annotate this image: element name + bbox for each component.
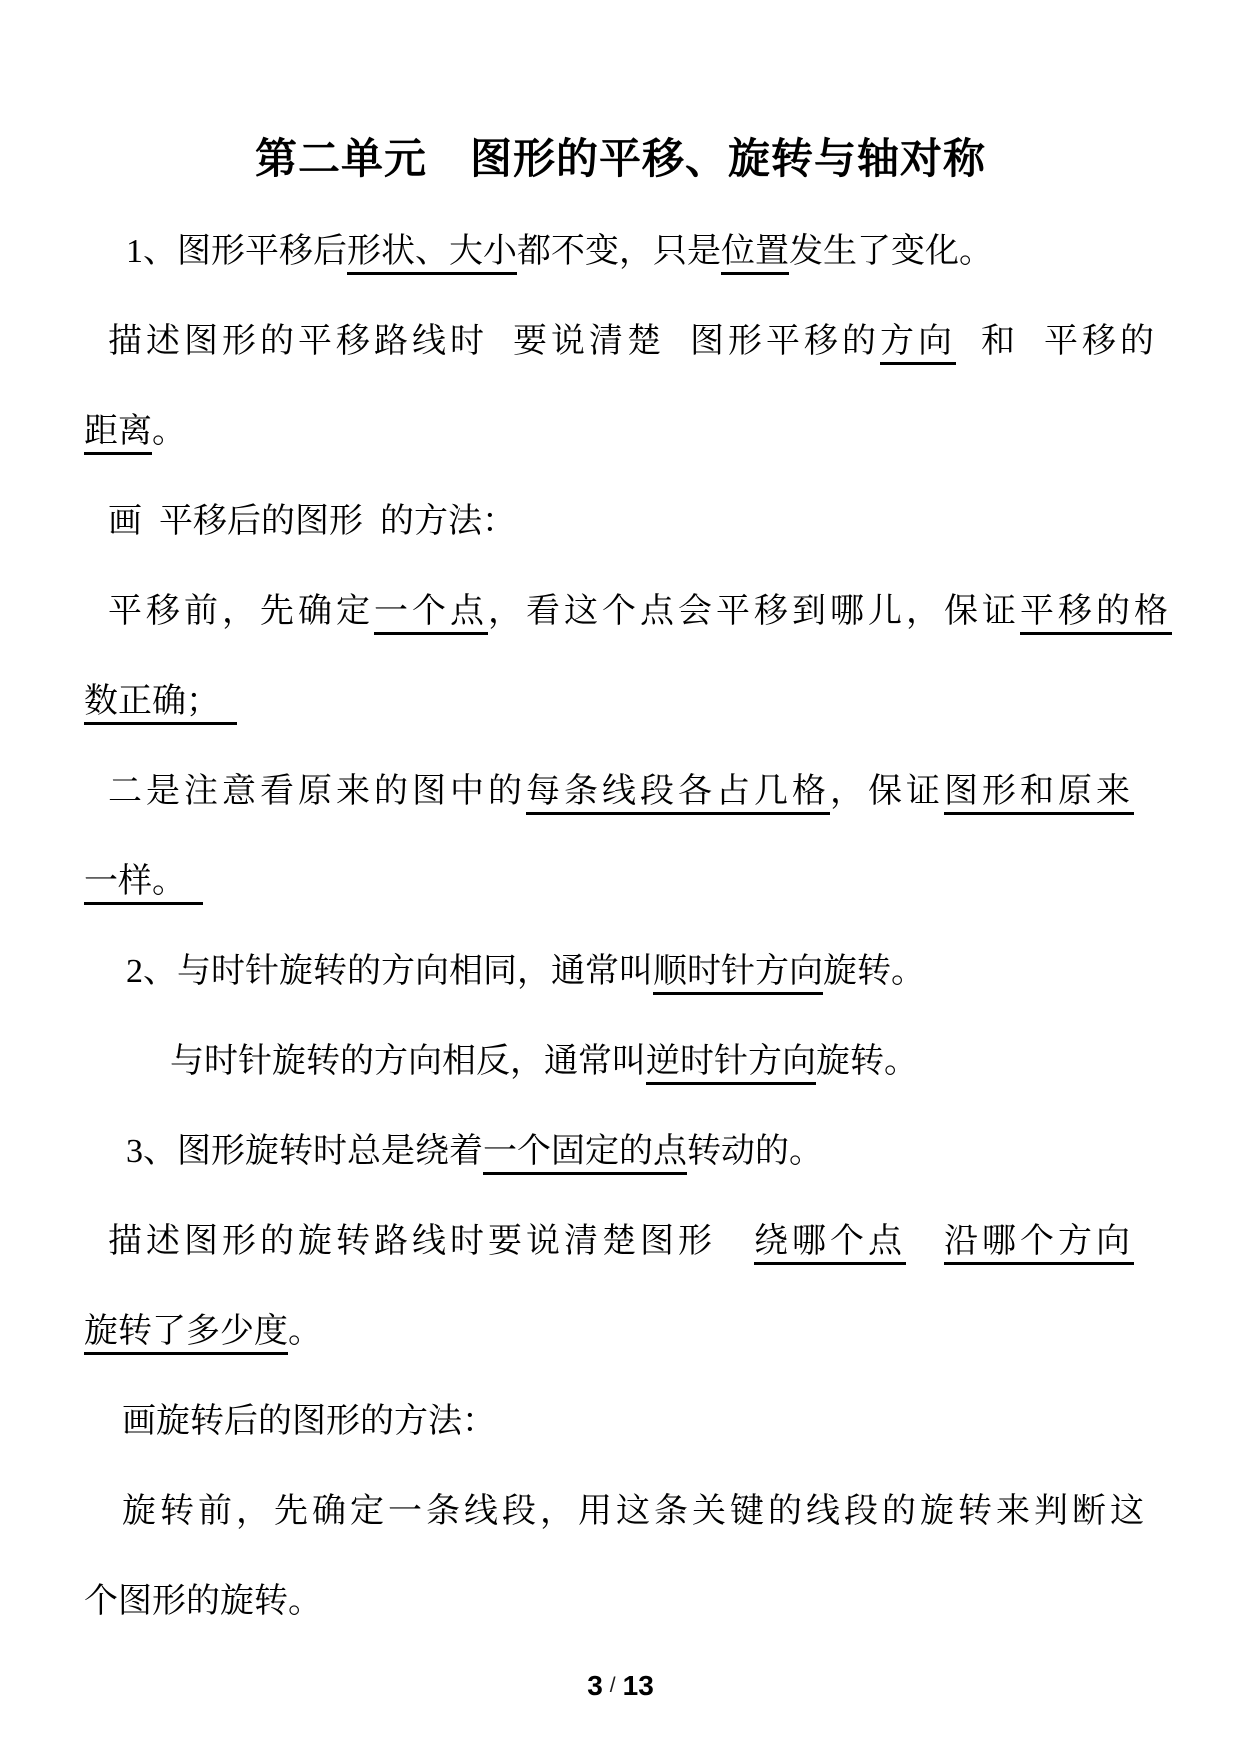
- text-segment: 转动的。: [687, 1133, 823, 1170]
- underlined-text: 旋转了多少度: [84, 1313, 288, 1355]
- text-segment: 与时针旋转的方向相反，通常叫: [170, 1043, 646, 1080]
- text-segment: 画 平移后的图形 的方法：: [108, 503, 516, 540]
- underlined-text: 一个点: [374, 593, 488, 635]
- text-segment: 描述图形的旋转路线时要说清楚图形: [108, 1223, 754, 1260]
- underlined-text: 数正确；: [84, 683, 237, 725]
- text-segment: 旋转前，先确定一条线段，用这条关键的线段的旋转来判断这: [122, 1493, 1148, 1530]
- text-line: 描述图形的平移路线时 要说清楚 图形平移的方向 和 平移的: [84, 297, 1194, 387]
- document-page: 第二单元 图形的平移、旋转与轴对称 1、图形平移后形状、大小都不变，只是位置发生…: [0, 0, 1241, 1754]
- underlined-text: 沿哪个方向: [944, 1223, 1134, 1265]
- underlined-text: 平移的格: [1020, 593, 1172, 635]
- underlined-text: 方向: [880, 323, 956, 365]
- text-segment: 1、图形平移后: [126, 233, 347, 270]
- text-segment: 画旋转后的图形的方法：: [122, 1403, 496, 1440]
- text-line: 数正确；: [84, 657, 1194, 747]
- text-line: 旋转前，先确定一条线段，用这条关键的线段的旋转来判断这: [84, 1467, 1194, 1557]
- underlined-text: 每条线段各占几格: [526, 773, 830, 815]
- text-segment: 2、与时针旋转的方向相同，通常叫: [126, 953, 653, 990]
- text-line: 3、图形旋转时总是绕着一个固定的点转动的。: [84, 1107, 1194, 1197]
- text-line: 旋转了多少度。: [84, 1287, 1194, 1377]
- text-line: 距离。: [84, 387, 1194, 477]
- text-segment: 。: [152, 413, 186, 450]
- underlined-text: 位置: [721, 233, 789, 275]
- underlined-text: 逆时针方向: [646, 1043, 816, 1085]
- text-segment: 都不变，只是: [517, 233, 721, 270]
- underlined-text: 一样。: [84, 863, 203, 905]
- text-segment: 个图形的旋转。: [84, 1583, 322, 1620]
- text-line: 画 平移后的图形 的方法：: [84, 477, 1194, 567]
- text-line: 与时针旋转的方向相反，通常叫逆时针方向旋转。: [84, 1017, 1194, 1107]
- page-number-separator: /: [603, 1674, 623, 1697]
- text-line: 平移前，先确定一个点，看这个点会平移到哪儿，保证平移的格: [84, 567, 1194, 657]
- text-segment: 。: [288, 1313, 322, 1350]
- underlined-text: 绕哪个点: [754, 1223, 906, 1265]
- page-number-total: 13: [623, 1670, 654, 1701]
- text-segment: [906, 1223, 944, 1260]
- text-line: 画旋转后的图形的方法：: [84, 1377, 1194, 1467]
- text-segment: 发生了变化。: [789, 233, 993, 270]
- underlined-text: 形状、大小: [347, 233, 517, 275]
- text-segment: 旋转。: [823, 953, 925, 990]
- underlined-text: 顺时针方向: [653, 953, 823, 995]
- underlined-text: 图形和原来: [944, 773, 1134, 815]
- text-segment: 3、图形旋转时总是绕着: [126, 1133, 483, 1170]
- text-segment: 和 平移的: [956, 323, 1158, 360]
- underlined-text: 距离: [84, 413, 152, 455]
- text-line: 一样。: [84, 837, 1194, 927]
- text-line: 1、图形平移后形状、大小都不变，只是位置发生了变化。: [84, 207, 1194, 297]
- text-line: 2、与时针旋转的方向相同，通常叫顺时针方向旋转。: [84, 927, 1194, 1017]
- text-segment: 旋转。: [816, 1043, 918, 1080]
- text-line: 二是注意看原来的图中的每条线段各占几格，保证图形和原来: [84, 747, 1194, 837]
- text-segment: ，保证: [830, 773, 944, 810]
- page-number-current: 3: [587, 1670, 603, 1701]
- underlined-text: 一个固定的点: [483, 1133, 687, 1175]
- text-segment: 平移前，先确定: [108, 593, 374, 630]
- text-segment: 二是注意看原来的图中的: [108, 773, 526, 810]
- document-title: 第二单元 图形的平移、旋转与轴对称: [0, 126, 1241, 186]
- text-segment: 描述图形的平移路线时 要说清楚 图形平移的: [108, 323, 880, 360]
- text-line: 描述图形的旋转路线时要说清楚图形 绕哪个点 沿哪个方向: [84, 1197, 1194, 1287]
- page-number: 3/13: [0, 1670, 1241, 1702]
- text-line: 个图形的旋转。: [84, 1557, 1194, 1647]
- text-segment: ，看这个点会平移到哪儿，保证: [488, 593, 1020, 630]
- document-body: 1、图形平移后形状、大小都不变，只是位置发生了变化。描述图形的平移路线时 要说清…: [84, 207, 1194, 1647]
